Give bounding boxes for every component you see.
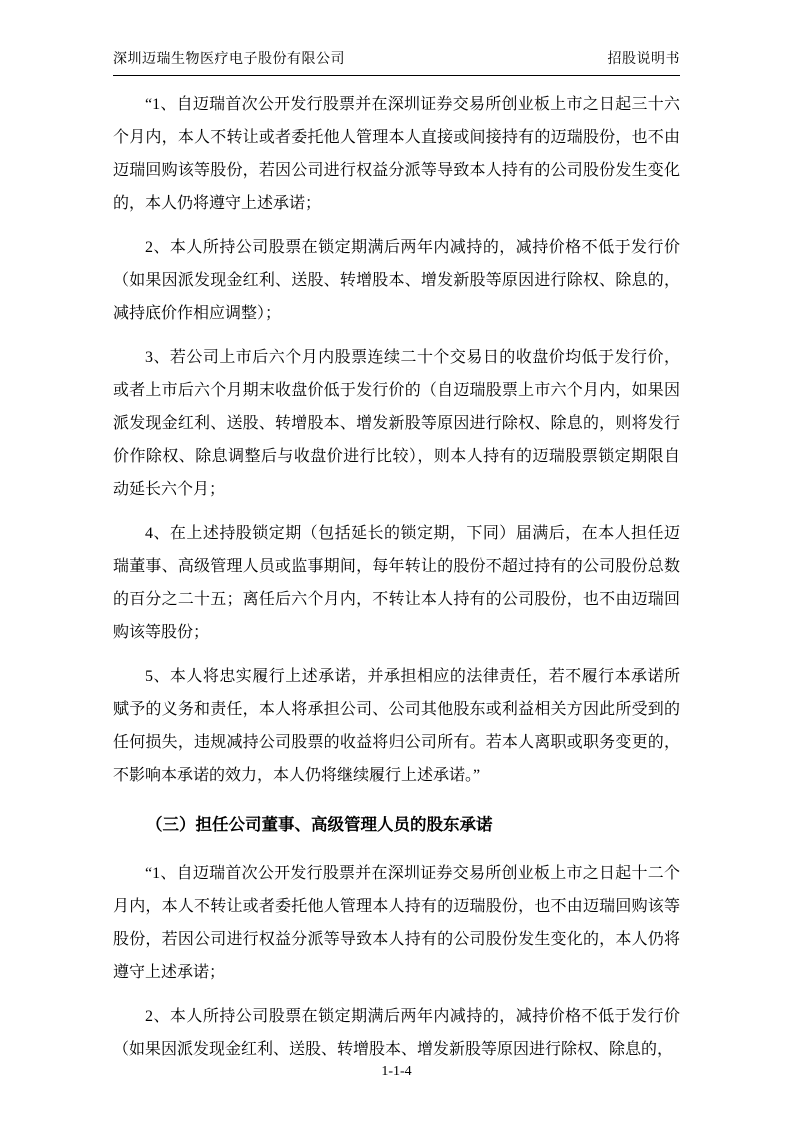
body-paragraph-2: 2、本人所持公司股票在锁定期满后两年内减持的，减持价格不低于发行价（如果因派发现… bbox=[113, 231, 680, 330]
body-paragraph-5: 5、本人将忠实履行上述承诺，并承担相应的法律责任，若不履行本承诺所赋予的义务和责… bbox=[113, 660, 680, 792]
page-footer: 1-1-4 bbox=[0, 1064, 793, 1080]
header-doc-type: 招股说明书 bbox=[608, 48, 681, 68]
document-body: “1、自迈瑞首次公开发行股票并在深圳证券交易所创业板上市之日起三十六个月内，本人… bbox=[113, 88, 680, 1077]
header-company-name: 深圳迈瑞生物医疗电子股份有限公司 bbox=[113, 48, 345, 68]
body-paragraph-6: “1、自迈瑞首次公开发行股票并在深圳证券交易所创业板上市之日起十二个月内，本人不… bbox=[113, 857, 680, 989]
body-paragraph-1: “1、自迈瑞首次公开发行股票并在深圳证券交易所创业板上市之日起三十六个月内，本人… bbox=[113, 88, 680, 220]
page-number: 1-1-4 bbox=[381, 1064, 411, 1079]
body-paragraph-4: 4、在上述持股锁定期（包括延长的锁定期，下同）届满后，在本人担任迈瑞董事、高级管… bbox=[113, 517, 680, 649]
page-header: 深圳迈瑞生物医疗电子股份有限公司 招股说明书 bbox=[113, 48, 680, 76]
body-paragraph-7: 2、本人所持公司股票在锁定期满后两年内减持的，减持价格不低于发行价（如果因派发现… bbox=[113, 1000, 680, 1066]
section-heading: （三）担任公司董事、高级管理人员的股东承诺 bbox=[113, 809, 680, 842]
document-page: 深圳迈瑞生物医疗电子股份有限公司 招股说明书 “1、自迈瑞首次公开发行股票并在深… bbox=[0, 0, 793, 1122]
body-paragraph-3: 3、若公司上市后六个月内股票连续二十个交易日的收盘价均低于发行价，或者上市后六个… bbox=[113, 341, 680, 506]
